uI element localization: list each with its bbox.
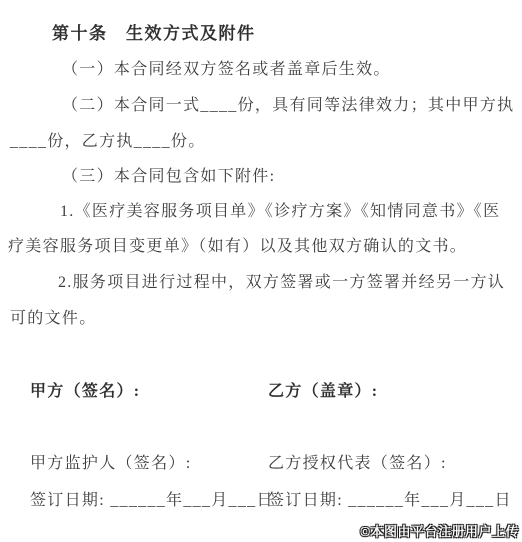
article-title: 第十条 生效方式及附件: [52, 19, 256, 44]
platform-upload-watermark: ©本图由平台注册用户上传: [360, 521, 519, 540]
contract-page: 第十条 生效方式及附件 （一）本合同经双方签名或者盖章后生效。 （二）本合同一式…: [0, 0, 522, 542]
clause-2-line-1: （二）本合同一式____份，具有同等法律效力；其中甲方执: [62, 92, 514, 115]
attachment-item-1-line-1: 1.《医疗美容服务项目单》《诊疗方案》《知情同意书》《医: [60, 198, 500, 221]
sign-date-party-a: 签订日期: ______年___月___日: [30, 487, 274, 510]
attachment-item-2-line-1: 2.服务项目进行过程中，双方签署或一方签署并经另一方认: [58, 269, 505, 292]
attachment-item-1-line-2: 疗美容服务项目变更单》（如有）以及其他双方确认的文书。: [8, 233, 467, 256]
sign-date-party-b: 签订日期: ______年___月___日: [268, 487, 512, 510]
clause-1: （一）本合同经双方签名或者盖章后生效。: [62, 56, 391, 79]
clause-2-line-2: ____份，乙方执____份。: [10, 128, 206, 151]
party-a-signature-label: 甲方（签名）:: [30, 378, 140, 401]
party-a-guardian-signature-label: 甲方监护人（签名）:: [30, 450, 191, 473]
clause-3: （三）本合同包含如下附件:: [62, 163, 275, 186]
party-b-authorized-rep-label: 乙方授权代表（签名）:: [268, 450, 447, 473]
attachment-item-2-line-2: 可的文件。: [10, 305, 97, 328]
party-b-seal-label: 乙方（盖章）:: [268, 378, 378, 401]
